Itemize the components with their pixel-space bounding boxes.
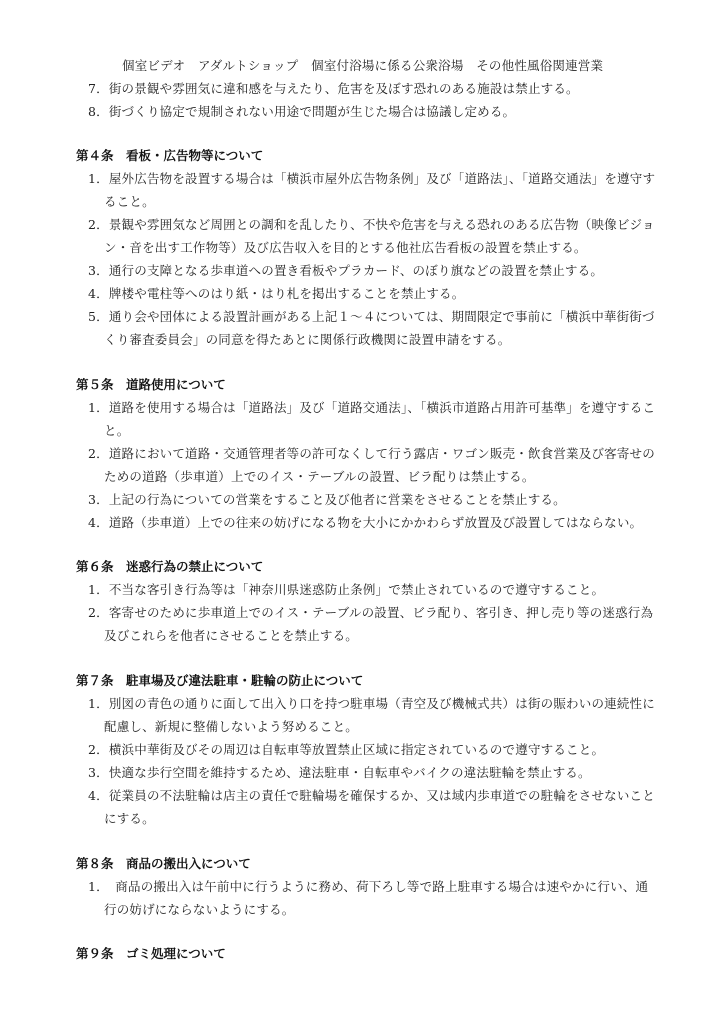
list-item: 4．道路（歩車道）上での往来の妨げになる物を大小にかかわらず放置及び設置してはな… (88, 515, 642, 531)
list-item: 4．牌楼や電柱等へのはり紙・はり札を掲出することを禁止する。 (88, 286, 464, 302)
list-item-continuation: ること。 (104, 194, 155, 210)
article-4-heading: 第４条 看板・広告物等について (76, 148, 263, 164)
list-item: 4．従業員の不法駐輪は店主の責任で駐輪場を確保するか、又は域内歩車道での駐輪をさ… (88, 788, 655, 804)
list-item: 1．不当な客引き行為等は「神奈川県迷惑防止条例」で禁止されているので遵守すること… (88, 582, 604, 598)
list-item-continuation: くり審査委員会」の同意を得たあとに関係行政機関に設置申請をする。 (104, 332, 510, 348)
list-item: 3．通行の支障となる歩車道への置き看板やプラカード、のぼり旗などの設置を禁止する… (88, 263, 603, 279)
list-item-continuation: 配慮し、新規に整備しないよう努めること。 (104, 719, 358, 735)
list-item-continuation: 及びこれらを他者にさせることを禁止する。 (104, 628, 358, 644)
article-8-heading: 第８条 商品の搬出入について (76, 856, 251, 872)
list-item: 1．道路を使用する場合は「道路法」及び「道路交通法」、「横浜市道路占用許可基準」… (88, 400, 655, 416)
list-item: 8．街づくり協定で規制されない用途で問題が生じた場合は協議し定める。 (88, 104, 515, 120)
list-item-continuation: にする。 (104, 811, 155, 827)
document-page: 個室ビデオ アダルトショップ 個室付浴場に係る公衆浴場 その他性風俗関連営業 7… (0, 0, 714, 1010)
list-item: 2．景観や雰囲気など周囲との調和を乱したり、不快や危害を与える恐れのある広告物（… (88, 217, 655, 233)
list-item-continuation: ン・音を出す工作物等）及び広告収入を目的とする他社広告看板の設置を禁止する。 (104, 240, 587, 256)
list-item: 3．上記の行為についての営業をすること及び他者に営業をさせることを禁止する。 (88, 492, 566, 508)
article-7-heading: 第７条 駐車場及び違法駐車・駐輪の防止について (76, 673, 363, 689)
list-item: 5．通り会や団体による設置計画がある上記１～４については、期間限定で事前に「横浜… (88, 309, 655, 325)
list-item: 1． 商品の搬出入は午前中に行うように務め、荷下ろし等で路上駐車する場合は速やか… (88, 879, 648, 895)
article-6-heading: 第６条 迷惑行為の禁止について (76, 559, 263, 575)
article-5-heading: 第５条 道路使用について (76, 377, 226, 393)
list-item-continuation: と。 (104, 423, 129, 439)
list-item: 1．別図の青色の通りに面して出入り口を持つ駐車場（青空及び機械式共）は街の賑わい… (88, 696, 655, 712)
list-item-continuation: 行の妨げにならないようにする。 (104, 902, 295, 918)
list-item: 3．快適な歩行空間を維持するため、違法駐車・自転車やバイクの違法駐輪を禁止する。 (88, 765, 591, 781)
list-item: 2．客寄せのために歩車道上でのイス・テーブルの設置、ビラ配り、客引き、押し売り等… (88, 605, 653, 621)
list-item: 2．道路において道路・交通管理者等の許可なくして行う露店・ワゴン販売・飲食営業及… (88, 446, 655, 462)
list-item: 7．街の景観や雰囲気に違和感を与えたり、危害を及ぼす恐れのある施設は禁止する。 (88, 81, 579, 97)
article-9-heading: 第９条 ゴミ処理について (76, 946, 226, 962)
list-item: 1．屋外広告物を設置する場合は「横浜市屋外広告物条例」及び「道路法」、「道路交通… (88, 171, 655, 187)
prohibited-uses-line: 個室ビデオ アダルトショップ 個室付浴場に係る公衆浴場 その他性風俗関連営業 (122, 58, 603, 74)
list-item: 2．横浜中華街及びその周辺は自転車等放置禁止区域に指定されているので遵守すること… (88, 742, 604, 758)
list-item-continuation: ための道路（歩車道）上でのイス・テーブルの設置、ビラ配りは禁止する。 (104, 469, 535, 485)
